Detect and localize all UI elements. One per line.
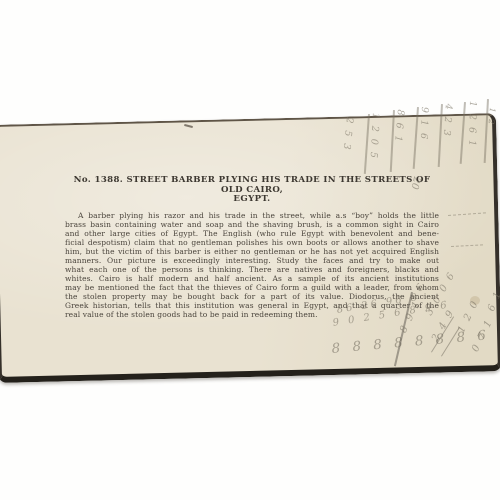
pencil-number-column: 9 1 6 (418, 107, 430, 142)
card-title-line-2: EGYPT. (65, 195, 439, 205)
body-line: whites. Cairo is half modern and half an… (65, 274, 439, 283)
pencil-number-column: 1 2 6 1 (466, 101, 478, 148)
body-line: him, but the victim of this barber is ei… (65, 247, 439, 256)
body-line: may be mentioned the fact that the thiev… (65, 283, 439, 292)
pencil-number-column: 1 2 (486, 107, 497, 126)
body-line: and other large cities of Egypt. The Eng… (65, 229, 439, 238)
card-title-line-1: No. 1388. STREET BARBER PLYING HIS TRADE… (65, 176, 439, 195)
body-line: ficial despotism) claim that no gentlema… (65, 238, 439, 247)
body-line: manners. Our picture is exceedingly inte… (65, 256, 439, 265)
body-line: brass basin containing water and soap an… (65, 220, 439, 229)
body-line: A barber plying his razor and his trade … (65, 211, 439, 220)
scanned-stereocard-page: No. 1388. STREET BARBER PLYING HIS TRADE… (0, 0, 500, 500)
body-line: what each one of the persons is thinking… (65, 265, 439, 274)
